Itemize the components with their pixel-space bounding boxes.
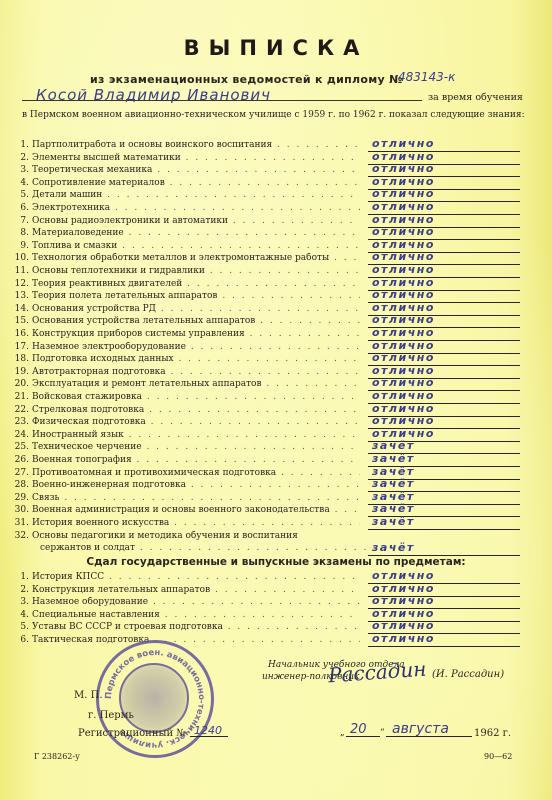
- subject-grade: отлично: [372, 162, 435, 175]
- subject-number: 10.: [15, 253, 29, 263]
- subject-grade: отлично: [372, 607, 435, 620]
- subject-number: 6.: [20, 635, 29, 645]
- date-open-quote: „: [340, 728, 345, 738]
- subject-label: Военная администрация и основы военного …: [32, 505, 360, 515]
- subject-grade: отлично: [372, 389, 435, 402]
- date-year: 1962 г.: [474, 728, 511, 739]
- subject-label: Конструкция летательных аппаратов: [32, 585, 360, 595]
- subject-grade: отлично: [372, 339, 435, 352]
- subject-label: Военно-инженерная подготовка: [32, 480, 360, 490]
- subject-number: 1.: [20, 572, 29, 582]
- subject-number: 4.: [20, 178, 29, 188]
- subject-label: Противоатомная и противохимическая подго…: [32, 468, 360, 478]
- subject-label: Специальные наставления: [32, 610, 360, 620]
- subject-grade: отлично: [372, 187, 435, 200]
- subject-number: 8.: [20, 228, 29, 238]
- subject-number: 17.: [15, 342, 29, 352]
- subject-grade: зачёт: [372, 502, 415, 515]
- date-day: 20: [350, 722, 367, 737]
- subject-grade: зачёт: [372, 465, 415, 478]
- subject-label: Электротехника: [32, 203, 360, 213]
- subject-label: Теоретическая механика: [32, 165, 360, 175]
- subject-grade: отлично: [372, 276, 435, 289]
- subject-label: Теория реактивных двигателей: [32, 279, 360, 289]
- subject-number: 2.: [20, 585, 29, 595]
- subject-grade: зачёт: [372, 477, 415, 490]
- subject-number: 16.: [15, 329, 29, 339]
- subject-label: Автотракторная подготовка: [32, 367, 360, 377]
- subject-label: Иностранный язык: [32, 430, 360, 440]
- subject-label: Основания устройства летательных аппарат…: [32, 316, 360, 326]
- subject-number: 5.: [20, 190, 29, 200]
- subject-grade: отлично: [372, 238, 435, 251]
- subject-grade: отлично: [372, 594, 435, 607]
- subject-number: 3.: [20, 165, 29, 175]
- date-close-quote: “: [380, 728, 385, 738]
- subject-number: 5.: [20, 622, 29, 632]
- subject-label: Наземное электрооборудование: [32, 342, 360, 352]
- print-code: 90—62: [484, 752, 512, 761]
- subject-label: Военная топография: [32, 455, 360, 465]
- intro-text: в Пермском военном авиационно-техническо…: [22, 109, 534, 121]
- document-subtitle: из экзаменационных ведомостей к диплому …: [90, 73, 403, 86]
- subject-number: 22.: [15, 405, 29, 415]
- subject-number: 14.: [15, 304, 29, 314]
- subject-number: 29.: [15, 493, 29, 503]
- subject-label: Теория полета летательных аппаратов: [32, 291, 360, 301]
- document-page: ВЫПИСКА из экзаменационных ведомостей к …: [0, 0, 552, 800]
- subject-number: 11.: [15, 266, 29, 276]
- subject-number: 4.: [20, 610, 29, 620]
- subject-label: Основы педагогики и методика обучения и …: [32, 531, 360, 541]
- subject-label: История КПСС: [32, 572, 360, 582]
- subject-number: 25.: [15, 442, 29, 452]
- subject-grade: зачёт: [372, 515, 415, 528]
- subject-grade: отлично: [372, 150, 435, 163]
- name-suffix: за время обучения: [428, 92, 523, 103]
- subject-label: Эксплуатация и ремонт летательных аппара…: [32, 379, 360, 389]
- subject-grade: отлично: [372, 213, 435, 226]
- subject-label: Детали машин: [32, 190, 360, 200]
- subject-grade: отлично: [372, 569, 435, 582]
- subject-number: 30.: [15, 505, 29, 515]
- diploma-number: 483143-к: [398, 70, 455, 84]
- subject-grade: отлично: [372, 402, 435, 415]
- subject-number: 27.: [15, 468, 29, 478]
- subject-label: Основания устройства РД: [32, 304, 360, 314]
- subject-grade: отлично: [372, 632, 435, 645]
- subject-label: Связь: [32, 493, 360, 503]
- subject-label: Топлива и смазки: [32, 241, 360, 251]
- subject-grade: отлично: [372, 175, 435, 188]
- form-code: Г 238262-у: [34, 752, 80, 761]
- subject-grade: отлично: [372, 225, 435, 238]
- subject-label: Техническое черчение: [32, 442, 360, 452]
- subject-grade: отлично: [372, 619, 435, 632]
- subject-grade: отлично: [372, 250, 435, 263]
- subject-grade: отлично: [372, 263, 435, 276]
- subject-number: 24.: [15, 430, 29, 440]
- subject-number: 3.: [20, 597, 29, 607]
- subject-grade: отлично: [372, 364, 435, 377]
- subject-grade: отлично: [372, 137, 435, 150]
- subject-label: Основы теплотехники и гидравлики: [32, 266, 360, 276]
- subject-label-line2: сержантов и солдат: [40, 543, 368, 553]
- subject-number: 21.: [15, 392, 29, 402]
- date-month: августа: [392, 721, 449, 737]
- subject-number: 1.: [20, 140, 29, 150]
- subject-label: Материаловедение: [32, 228, 360, 238]
- subject-grade: зачёт: [372, 452, 415, 465]
- subject-number: 23.: [15, 417, 29, 427]
- subject-label: Сопротивление материалов: [32, 178, 360, 188]
- subject-label: История военного искусства: [32, 518, 360, 528]
- subject-label: Партполитработа и основы воинского воспи…: [32, 140, 360, 150]
- subject-grade: отлично: [372, 313, 435, 326]
- subject-number: 19.: [15, 367, 29, 377]
- student-name: Косой Владимир Иванович: [36, 86, 271, 104]
- subject-label: Элементы высшей математики: [32, 153, 360, 163]
- subject-grade: отлично: [372, 582, 435, 595]
- subject-label: Технология обработки металлов и электром…: [32, 253, 360, 263]
- subject-number: 20.: [15, 379, 29, 389]
- subject-label: Конструкция приборов системы управления: [32, 329, 360, 339]
- subject-grade: отлично: [372, 376, 435, 389]
- city: г. Пермь: [88, 710, 134, 721]
- official-stamp: Пермское воен. авиационно-техническ. учи…: [96, 640, 214, 758]
- document-title: ВЫПИСКА: [0, 36, 552, 60]
- subject-grade: отлично: [372, 301, 435, 314]
- subject-number: 7.: [20, 216, 29, 226]
- subject-row: 6.Тактическая подготовкаотлично: [0, 635, 552, 650]
- subject-number: 15.: [15, 316, 29, 326]
- subject-label: Войсковая стажировка: [32, 392, 360, 402]
- subject-label: Наземное оборудование: [32, 597, 360, 607]
- subject-number: 18.: [15, 354, 29, 364]
- subject-grade: отлично: [372, 288, 435, 301]
- subject-grade: зачёт: [372, 439, 415, 452]
- subject-label: Уставы ВС СССР и строевая подготовка: [32, 622, 360, 632]
- subject-number: 12.: [15, 279, 29, 289]
- subject-grade: отлично: [372, 427, 435, 440]
- reg-number: 1240: [194, 724, 222, 737]
- subject-number: 9.: [20, 241, 29, 251]
- reg-label: Регистрационный №: [78, 728, 186, 739]
- stamp-emblem-icon: [119, 663, 189, 733]
- subject-grade: отлично: [372, 414, 435, 427]
- subject-label: Подготовка исходных данных: [32, 354, 360, 364]
- state-exams-heading: Сдал государственные и выпускные экзамен…: [0, 556, 552, 568]
- subject-number: 13.: [15, 291, 29, 301]
- subject-label: Стрелковая подготовка: [32, 405, 360, 415]
- subject-number: 6.: [20, 203, 29, 213]
- grade-underline: [368, 646, 520, 647]
- subject-number: 26.: [15, 455, 29, 465]
- subject-grade: отлично: [372, 326, 435, 339]
- subject-label: Основы радиоэлектроники и автоматики: [32, 216, 360, 226]
- subject-number: 28.: [15, 480, 29, 490]
- seal-placeholder: М. П.: [74, 690, 103, 701]
- subject-number: 2.: [20, 153, 29, 163]
- subject-grade: отлично: [372, 351, 435, 364]
- subject-label: Физическая подготовка: [32, 417, 360, 427]
- subject-number: 32.: [15, 531, 29, 541]
- subject-number: 31.: [15, 518, 29, 528]
- signer-name: (И. Рассадин): [432, 669, 504, 680]
- subject-grade: зачёт: [372, 490, 415, 503]
- subject-grade: отлично: [372, 200, 435, 213]
